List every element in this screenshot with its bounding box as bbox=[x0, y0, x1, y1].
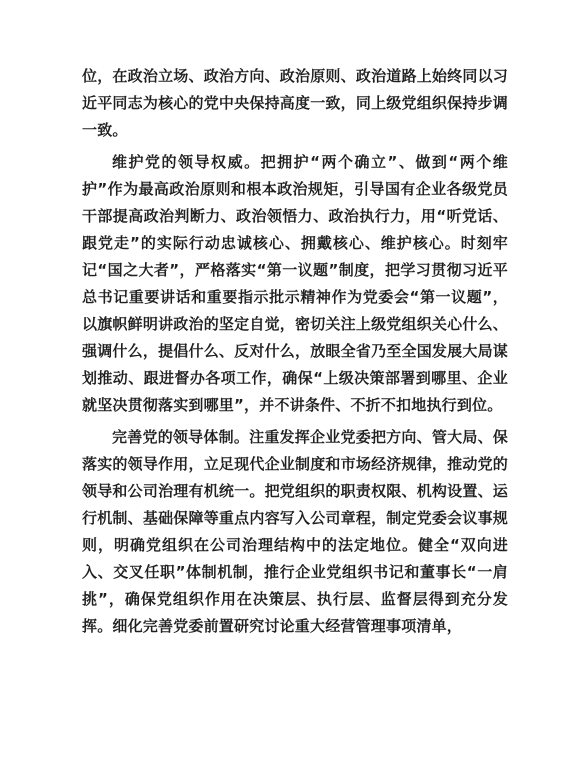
paragraph-party-leadership-system: 完善党的领导体制。注重发挥企业党委把方向、管大局、保落实的领导作用，立足现代企业… bbox=[82, 424, 508, 640]
document-page: 位，在政治立场、政治方向、政治原则、政治道路上始终同以习近平同志为核心的党中央保… bbox=[0, 0, 586, 759]
document-text-block: 位，在政治立场、政治方向、政治原则、政治道路上始终同以习近平同志为核心的党中央保… bbox=[82, 63, 508, 640]
paragraph-party-leadership-authority: 维护党的领导权威。把拥护“两个确立”、做到“两个维护”作为最高政治原则和根本政治… bbox=[82, 149, 508, 419]
paragraph-continuation: 位，在政治立场、政治方向、政治原则、政治道路上始终同以习近平同志为核心的党中央保… bbox=[82, 63, 508, 144]
